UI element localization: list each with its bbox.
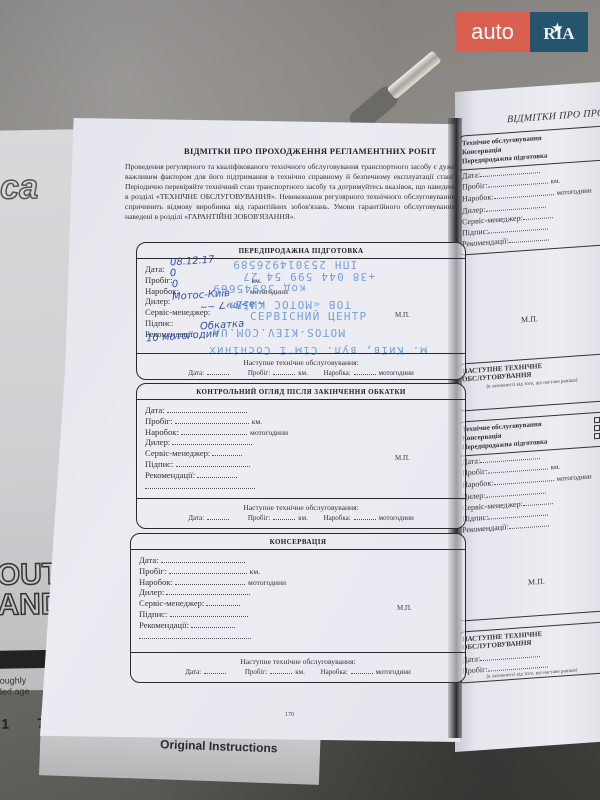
- hours-field[interactable]: Наробок: мотогодини: [145, 427, 465, 438]
- service-manager-field[interactable]: Сервіс-менеджер:: [139, 598, 465, 609]
- right-next-service-box-1: НАСТУПНЕ ТЕХНІЧНЕ ОБСЛУГОВУВАННЯ (в зале…: [457, 353, 600, 411]
- autoria-logo: auto ★ RIA: [455, 12, 588, 52]
- star-icon: ★: [552, 6, 563, 50]
- dealer-field[interactable]: Дилер:: [139, 587, 465, 598]
- checkboxes: [594, 417, 600, 441]
- checkbox[interactable]: [594, 433, 600, 439]
- date-field[interactable]: Дата:: [145, 405, 465, 416]
- signature-field[interactable]: Підпис:: [145, 459, 465, 470]
- logo-ria-text: ★ RIA: [530, 12, 588, 52]
- stamp-place-label: М.П.: [395, 454, 410, 462]
- logo-auto-text: auto: [455, 12, 530, 52]
- manual-fine-text: roughly ded age: [0, 675, 30, 698]
- right-record-box-1: Технічне обслуговування Консервація Пере…: [457, 125, 600, 255]
- hours-field[interactable]: Наробок: мотогодини: [139, 577, 465, 588]
- right-page: ВІДМІТКИ ПРО ПРО... Технічне обслуговува…: [455, 80, 600, 752]
- dealer-field[interactable]: Дилер:: [145, 437, 465, 448]
- checkbox[interactable]: [594, 417, 600, 423]
- section-title: КОНТРОЛЬНИЙ ОГЛЯД ПІСЛЯ ЗАКІНЧЕННЯ ОБКАТ…: [137, 384, 465, 400]
- stamp-place-label: М.П.: [395, 311, 410, 319]
- instructions-label: Original Instructions: [160, 737, 278, 755]
- stamp-place-label: М.П.: [521, 314, 538, 324]
- service-manager-field[interactable]: Сервіс-менеджер:: [145, 448, 465, 459]
- next-service: Наступне технічне обслуговування: Дата: …: [131, 652, 465, 676]
- signature-field[interactable]: Підпис:: [139, 609, 465, 620]
- page-number: 170: [285, 712, 294, 718]
- mileage-field[interactable]: Пробіг: км.: [139, 566, 465, 577]
- right-page-title: ВІДМІТКИ ПРО ПРО...: [507, 107, 600, 125]
- handwritten-mileage: 0: [170, 268, 177, 279]
- page-title: ВІДМІТКИ ПРО ПРОХОДЖЕННЯ РЕГЛАМЕНТНИХ РО…: [184, 146, 436, 156]
- checkbox[interactable]: [594, 425, 600, 431]
- intro-paragraph: Проведення регулярного та кваліфікованог…: [125, 162, 455, 222]
- date-field[interactable]: Дата:: [139, 555, 465, 566]
- next-service: Наступне технічне обслуговування: Дата: …: [137, 498, 465, 522]
- stamp-place-label: М.П.: [397, 604, 412, 612]
- mileage-field[interactable]: Пробіг: км.: [145, 416, 465, 427]
- section-control-inspection: КОНТРОЛЬНИЙ ОГЛЯД ПІСЛЯ ЗАКІНЧЕННЯ ОБКАТ…: [136, 383, 466, 529]
- recommendations-field[interactable]: Рекомендації:: [139, 620, 465, 631]
- manual-logo: ca: [0, 168, 38, 208]
- section-conservation: КОНСЕРВАЦІЯ Дата: Пробіг: км. Наробок: м…: [130, 533, 466, 683]
- right-record-box-2: Технічне обслуговування Консервація Пере…: [457, 411, 600, 621]
- section-title: КОНСЕРВАЦІЯ: [131, 534, 465, 550]
- handwritten-hours: 0: [172, 279, 179, 290]
- right-next-service-box-2: НАСТУПНЕ ТЕХНІЧНЕ ОБСЛУГОВУВАННЯ Дата: П…: [457, 621, 600, 683]
- recommendations-field[interactable]: Рекомендації:: [145, 470, 465, 481]
